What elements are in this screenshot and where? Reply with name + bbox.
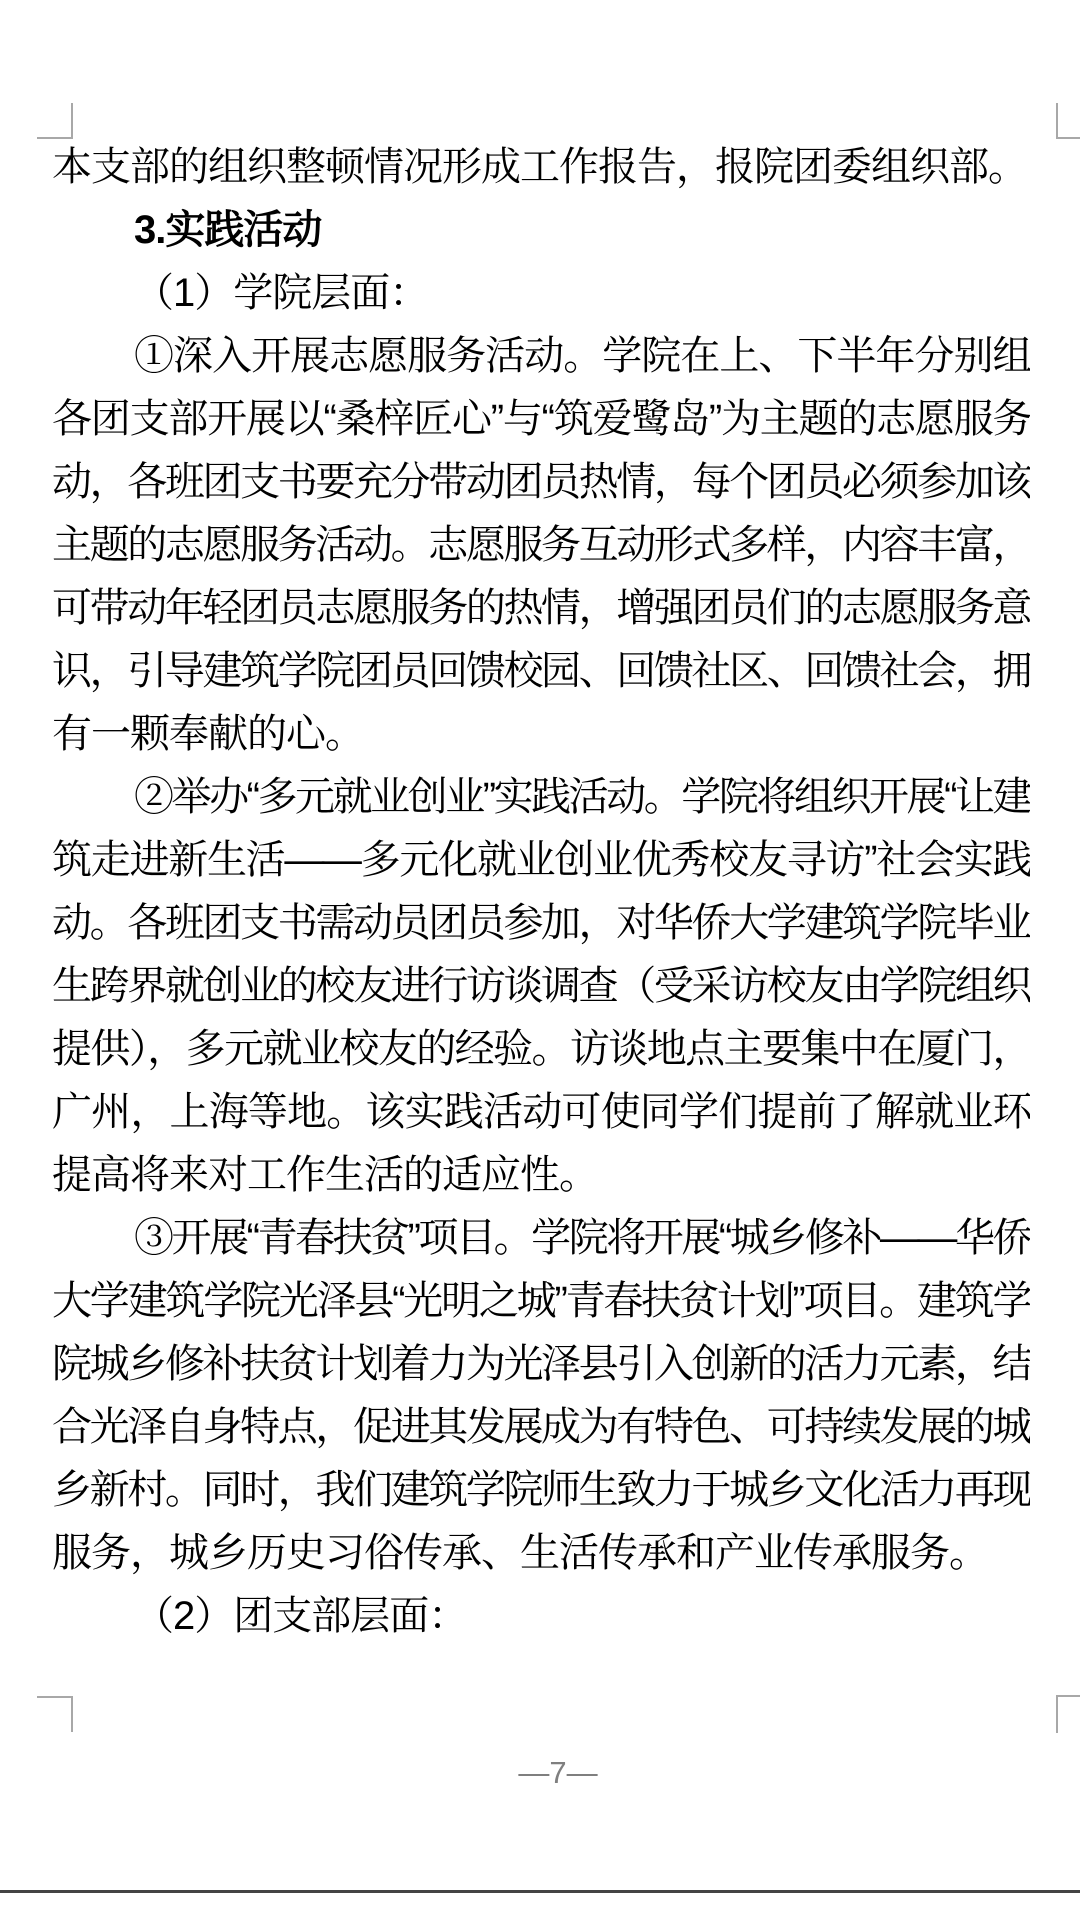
text-line: 广州，上海等地。该实践活动可使同学们提前了解就业环境，: [52, 1081, 1030, 1144]
document-body: 本支部的组织整顿情况形成工作报告，报院团委组织部。3.实践活动（1）学院层面：①…: [52, 136, 1030, 1648]
text-line: 可带动年轻团员志愿服务的热情，增强团员们的志愿服务意: [52, 577, 1030, 640]
text-line: 院城乡修补扶贫计划着力为光泽县引入创新的活力元素，结: [52, 1333, 1030, 1396]
text-line: 乡新村。同时，我们建筑学院师生致力于城乡文化活力再现: [52, 1459, 1030, 1522]
text-line: ②举办“多元就业创业”实践活动。学院将组织开展“让建: [52, 766, 1030, 829]
crop-mark-bottom-right: [1056, 1695, 1080, 1733]
text-line: 有一颗奉献的心。: [52, 703, 1030, 766]
text-line: 提供），多元就业校友的经验。访谈地点主要集中在厦门，: [52, 1018, 1030, 1081]
text-line: （2）团支部层面：: [52, 1585, 1030, 1648]
next-page-area: [0, 1893, 1080, 1920]
text-line: 识，引导建筑学院团员回馈校园、回馈社区、回馈社会，拥: [52, 640, 1030, 703]
crop-mark-top-left: [37, 103, 73, 139]
text-line: 动，各班团支书要充分带动团员热情，每个团员必须参加该: [52, 451, 1030, 514]
text-line: 3.实践活动: [52, 199, 1030, 262]
crop-mark-top-right: [1056, 103, 1080, 139]
text-line: 本支部的组织整顿情况形成工作报告，报院团委组织部。: [52, 136, 1030, 199]
text-line: （1）学院层面：: [52, 262, 1030, 325]
page-number-footer: —7—: [0, 1755, 1080, 1791]
text-line: ①深入开展志愿服务活动。学院在上、下半年分别组织: [52, 325, 1030, 388]
document-page: 本支部的组织整顿情况形成工作报告，报院团委组织部。3.实践活动（1）学院层面：①…: [0, 0, 1080, 1892]
text-line: 各团支部开展以“桑梓匠心”与“筑爱鹭岛”为主题的志愿服务活: [52, 388, 1030, 451]
text-line: 服务，城乡历史习俗传承、生活传承和产业传承服务。: [52, 1522, 1030, 1585]
crop-mark-bottom-left: [37, 1696, 73, 1732]
text-line: 生跨界就创业的校友进行访谈调查（受采访校友由学院组织: [52, 955, 1030, 1018]
text-line: 动。各班团支书需动员团员参加，对华侨大学建筑学院毕业: [52, 892, 1030, 955]
text-line: 大学建筑学院光泽县“光明之城”青春扶贫计划”项目。建筑学: [52, 1270, 1030, 1333]
text-line: 合光泽自身特点，促进其发展成为有特色、可持续发展的城: [52, 1396, 1030, 1459]
text-line: 筑走进新生活——多元化就业创业优秀校友寻访”社会实践活: [52, 829, 1030, 892]
text-line: 主题的志愿服务活动。志愿服务互动形式多样，内容丰富，: [52, 514, 1030, 577]
text-line: 提高将来对工作生活的适应性。: [52, 1144, 1030, 1207]
text-line: ③开展“青春扶贫”项目。学院将开展“城乡修补——华侨: [52, 1207, 1030, 1270]
